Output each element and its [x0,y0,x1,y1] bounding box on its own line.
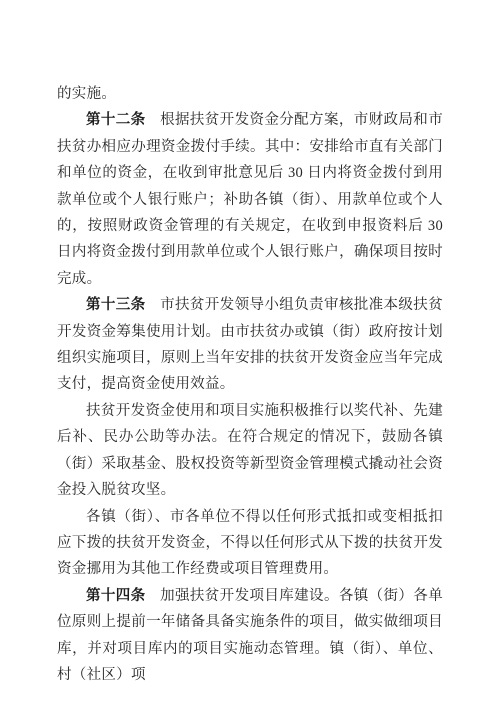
paragraph-article-13: 第十三条市扶贫开发领导小组负责审核批准本级扶贫开发资金筹集使用计划。由市扶贫办或… [57,292,443,398]
paragraph-article-12: 第十二条根据扶贫开发资金分配方案，市财政局和市扶贫办相应办理资金拨付手续。其中：… [57,107,443,292]
article-number: 第十四条 [86,588,146,604]
paragraph-text: 根据扶贫开发资金分配方案，市财政局和市扶贫办相应办理资金拨付手续。其中：安排给市… [57,112,443,286]
article-number: 第十二条 [86,112,146,128]
paragraph-article-14: 第十四条加强扶贫开发项目库建设。各镇（街）各单位原则上提前一年储备具备实施条件的… [57,583,443,689]
paragraph-text: 的实施。 [57,86,116,102]
document-page: 的实施。 第十二条根据扶贫开发资金分配方案，市财政局和市扶贫办相应办理资金拨付手… [0,0,498,711]
paragraph-continuation: 的实施。 [57,81,443,107]
paragraph-text: 扶贫开发资金使用和项目实施积极推行以奖代补、先建后补、民办公助等办法。在符合规定… [57,403,443,498]
paragraph-text: 各镇（街）、市各单位不得以任何形式抵扣或变相抵扣应下拨的扶贫开发资金，不得以任何… [57,509,443,578]
article-number: 第十三条 [86,297,146,313]
document-body: 的实施。 第十二条根据扶贫开发资金分配方案，市财政局和市扶贫办相应办理资金拨付手… [57,81,443,688]
paragraph-funds-usage: 扶贫开发资金使用和项目实施积极推行以奖代补、先建后补、民办公助等办法。在符合规定… [57,398,443,504]
paragraph-no-deduction: 各镇（街）、市各单位不得以任何形式抵扣或变相抵扣应下拨的扶贫开发资金，不得以任何… [57,504,443,583]
